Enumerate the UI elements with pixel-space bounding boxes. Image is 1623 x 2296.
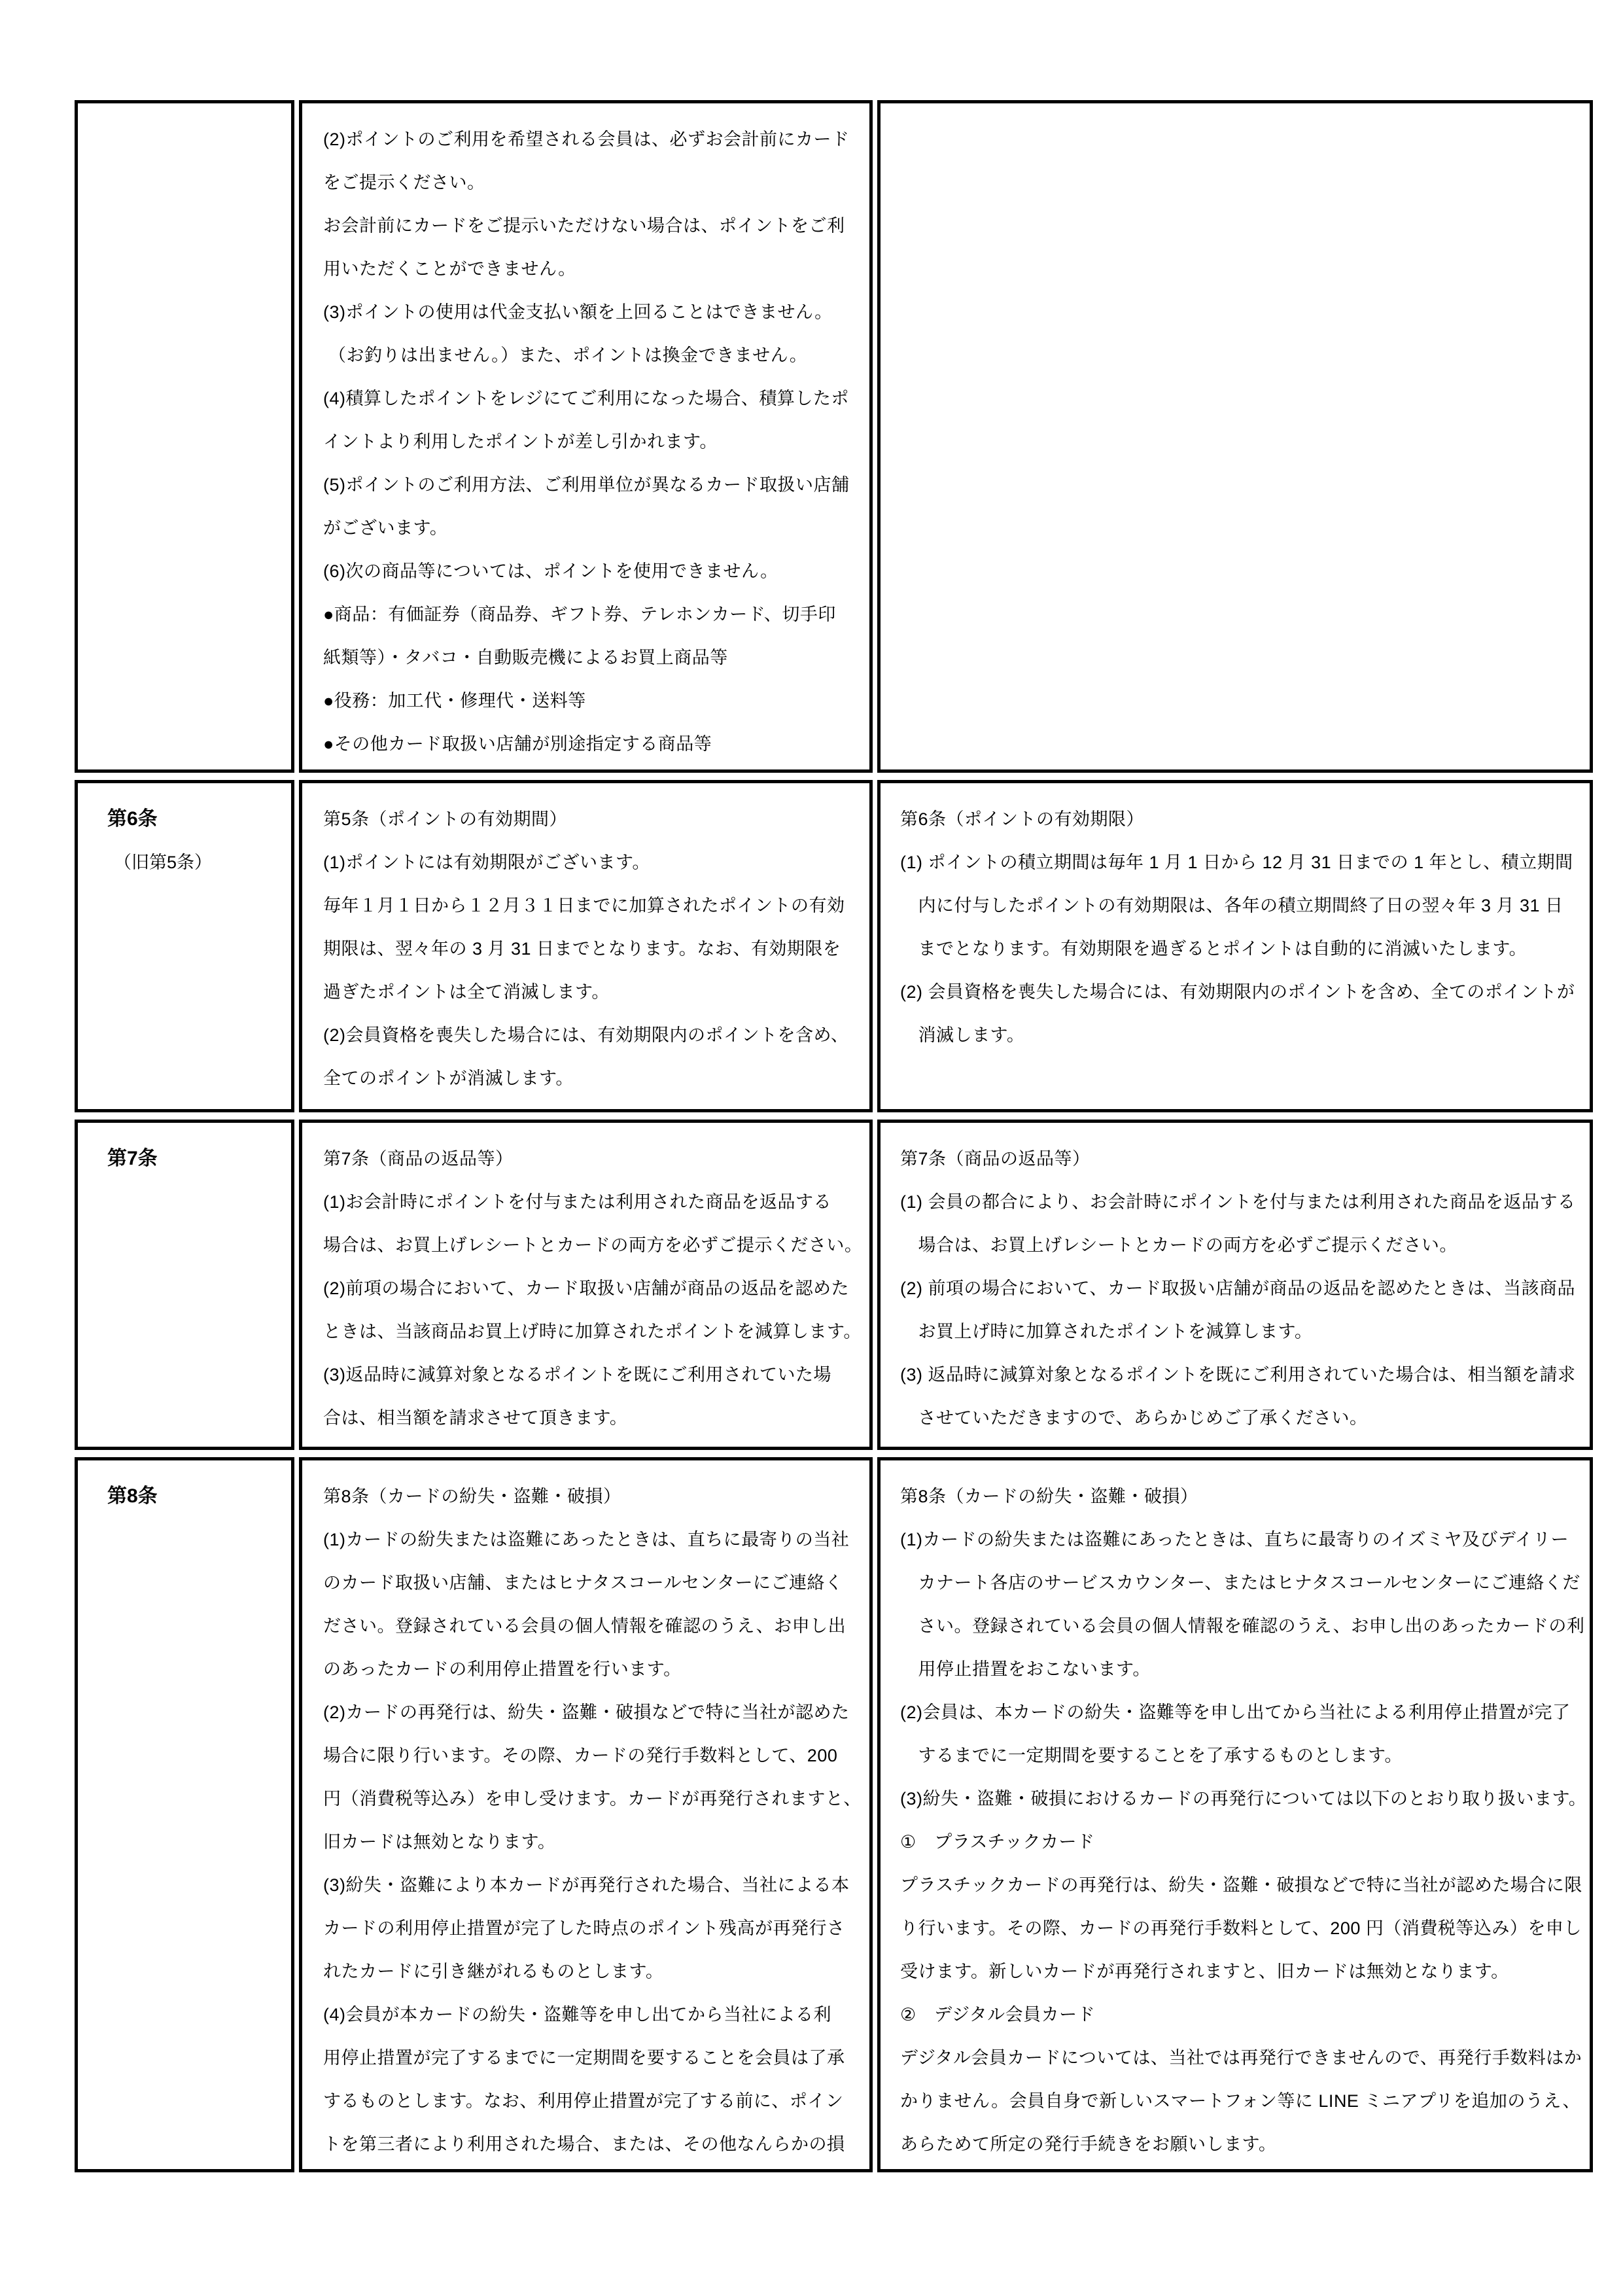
text-line: させていただきますので、あらかじめご了承ください。 xyxy=(900,1396,1584,1439)
text-line: 第8条（カードの紛失・盗難・破損） xyxy=(900,1475,1584,1518)
text-line: り行います。その際、カードの再発行手数料として、200 円（消費税等込み）を申し xyxy=(900,1907,1584,1950)
text-line: トを第三者により利用された場合、または、その他なんらかの損 xyxy=(323,2123,862,2166)
text-line: 第7条（商品の返品等） xyxy=(323,1137,862,1180)
text-line: デジタル会員カードについては、当社では再発行できませんので、再発行手数料はか xyxy=(900,2036,1584,2079)
text-line: 旧カードは無効となります。 xyxy=(323,1820,862,1863)
text-line: お買上げ時に加算されたポイントを減算します。 xyxy=(900,1310,1584,1353)
text-line: (3)返品時に減算対象となるポイントを既にご利用されていた場 xyxy=(323,1353,862,1396)
document-page: (2)ポイントのご利用を希望される会員は、必ずお会計前にカードをご提示ください。… xyxy=(0,0,1623,2296)
text-line: (3) 返品時に減算対象となるポイントを既にご利用されていた場合は、相当額を請求 xyxy=(900,1353,1584,1396)
text-line: (3)紛失・盗難・破損におけるカードの再発行については以下のとおり取り扱います。 xyxy=(900,1777,1584,1820)
old-terms-cell: (2)ポイントのご利用を希望される会員は、必ずお会計前にカードをご提示ください。… xyxy=(299,100,873,773)
text-line: 用いただくことができません。 xyxy=(323,247,862,291)
text-line: をご提示ください。 xyxy=(323,161,862,204)
text-line: (4)会員が本カードの紛失・盗難等を申し出てから当社による利 xyxy=(323,1993,862,2036)
text-line: 第8条（カードの紛失・盗難・破損） xyxy=(323,1475,862,1518)
text-line: (5)ポイントのご利用方法、ご利用単位が異なるカード取扱い店舗 xyxy=(323,463,862,506)
text-line: （お釣りは出ません。）また、ポイントは換金できません。 xyxy=(323,334,862,377)
text-line: (2) 会員資格を喪失した場合には、有効期限内のポイントを含め、全てのポイントが xyxy=(900,970,1584,1014)
text-line: (3)ポイントの使用は代金支払い額を上回ることはできません。 xyxy=(323,291,862,334)
text-line: 内に付与したポイントの有効期限は、各年の積立期間終了日の翌々年 3 月 31 日 xyxy=(900,884,1584,927)
text-line: (2)前項の場合において、カード取扱い店舗が商品の返品を認めた xyxy=(323,1267,862,1310)
text-line: するまでに一定期間を要することを了承するものとします。 xyxy=(900,1734,1584,1777)
text-line: ださい。登録されている会員の個人情報を確認のうえ、お申し出 xyxy=(323,1604,862,1648)
text-line: れたカードに引き継がれるものとします。 xyxy=(323,1950,862,1993)
new-terms-cell: 第8条（カードの紛失・盗難・破損）(1)カードの紛失または盗難にあったときは、直… xyxy=(877,1457,1593,2172)
terms-comparison-table: (2)ポイントのご利用を希望される会員は、必ずお会計前にカードをご提示ください。… xyxy=(75,100,1593,2172)
article-number-cell: 第6条 （旧第5条） xyxy=(75,780,294,1112)
text-line: (1) 会員の都合により、お会計時にポイントを付与または利用された商品を返品する xyxy=(900,1180,1584,1224)
text-line: 紙類等）・タバコ・自動販売機によるお買上商品等 xyxy=(323,636,862,679)
text-line: (1)お会計時にポイントを付与または利用された商品を返品する xyxy=(323,1180,862,1224)
text-line: 場合は、お買上げレシートとカードの両方を必ずご提示ください。 xyxy=(900,1224,1584,1267)
text-line: (6)次の商品等については、ポイントを使用できません。 xyxy=(323,550,862,593)
text-line: カードの利用停止措置が完了した時点のポイント残高が再発行さ xyxy=(323,1907,862,1950)
text-line: ●役務：加工代・修理代・送料等 xyxy=(323,679,862,722)
text-line: するものとします。なお、利用停止措置が完了する前に、ポイン xyxy=(323,2079,862,2123)
text-line: (2)会員は、本カードの紛失・盗難等を申し出てから当社による利用停止措置が完了 xyxy=(900,1691,1584,1734)
text-line: あらためて所定の発行手続きをお願いします。 xyxy=(900,2123,1584,2166)
text-line: (2)カードの再発行は、紛失・盗難・破損などで特に当社が認めた xyxy=(323,1691,862,1734)
text-line: 用停止措置をおこないます。 xyxy=(900,1648,1584,1691)
text-line: (1)カードの紛失または盗難にあったときは、直ちに最寄りのイズミヤ及びデイリー xyxy=(900,1518,1584,1561)
text-line: 用停止措置が完了するまでに一定期間を要することを会員は了承 xyxy=(323,2036,862,2079)
new-terms-cell xyxy=(877,100,1593,773)
old-terms-cell: 第8条（カードの紛失・盗難・破損）(1)カードの紛失または盗難にあったときは、直… xyxy=(299,1457,873,2172)
text-line: (2) 前項の場合において、カード取扱い店舗が商品の返品を認めたときは、当該商品 xyxy=(900,1267,1584,1310)
text-line: のあったカードの利用停止措置を行います。 xyxy=(323,1648,862,1691)
text-line: ① プラスチックカード xyxy=(900,1820,1584,1863)
old-terms-cell: 第5条（ポイントの有効期間）(1)ポイントには有効期限がございます。毎年１月１日… xyxy=(299,780,873,1112)
text-line: かりません。会員自身で新しいスマートフォン等に LINE ミニアプリを追加のうえ… xyxy=(900,2079,1584,2123)
text-line: のカード取扱い店舗、またはヒナタスコールセンターにご連絡く xyxy=(323,1561,862,1604)
text-line: (1)カードの紛失または盗難にあったときは、直ちに最寄りの当社 xyxy=(323,1518,862,1561)
text-line: さい。登録されている会員の個人情報を確認のうえ、お申し出のあったカードの利 xyxy=(900,1604,1584,1648)
text-line: (2)ポイントのご利用を希望される会員は、必ずお会計前にカード xyxy=(323,118,862,161)
text-line: 全てのポイントが消滅します。 xyxy=(323,1057,862,1100)
text-line: ② デジタル会員カード xyxy=(900,1993,1584,2036)
text-line: ときは、当該商品お買上げ時に加算されたポイントを減算します。 xyxy=(323,1310,862,1353)
article-number-cell: 第8条 xyxy=(75,1457,294,2172)
text-line: プラスチックカードの再発行は、紛失・盗難・破損などで特に当社が認めた場合に限 xyxy=(900,1863,1584,1907)
text-line: 合は、相当額を請求させて頂きます。 xyxy=(323,1396,862,1439)
text-line: 第5条（ポイントの有効期間） xyxy=(323,798,862,841)
new-terms-cell: 第6条（ポイントの有効期限）(1) ポイントの積立期間は毎年 1 月 1 日から… xyxy=(877,780,1593,1112)
old-terms-cell: 第7条（商品の返品等）(1)お会計時にポイントを付与または利用された商品を返品す… xyxy=(299,1120,873,1450)
text-line: 場合は、お買上げレシートとカードの両方を必ずご提示ください。 xyxy=(323,1224,862,1267)
article-number-cell: 第7条 xyxy=(75,1120,294,1450)
new-terms-cell: 第7条（商品の返品等）(1) 会員の都合により、お会計時にポイントを付与または利… xyxy=(877,1120,1593,1450)
text-line: (1) ポイントの積立期間は毎年 1 月 1 日から 12 月 31 日までの … xyxy=(900,841,1584,884)
text-line: 毎年１月１日から１２月３１日までに加算されたポイントの有効 xyxy=(323,884,862,927)
text-line: ●その他カード取扱い店舗が別途指定する商品等 xyxy=(323,722,862,766)
text-line: 期限は、翌々年の 3 月 31 日までとなります。なお、有効期限を xyxy=(323,927,862,970)
text-line: 円（消費税等込み）を申し受けます。カードが再発行されますと、 xyxy=(323,1777,862,1820)
text-line: 第6条（ポイントの有効期限） xyxy=(900,798,1584,841)
article-number-old-ref: （旧第5条） xyxy=(107,841,285,884)
text-line: (2)会員資格を喪失した場合には、有効期限内のポイントを含め、 xyxy=(323,1014,862,1057)
text-line: 場合に限り行います。その際、カードの発行手数料として、200 xyxy=(323,1734,862,1777)
text-line: イントより利用したポイントが差し引かれます。 xyxy=(323,420,862,463)
text-line: ●商品：有価証券（商品券、ギフト券、テレホンカード、切手印 xyxy=(323,593,862,636)
text-line: 受けます。新しいカードが再発行されますと、旧カードは無効となります。 xyxy=(900,1950,1584,1993)
article-number: 第6条 xyxy=(107,798,285,841)
text-line: 第7条（商品の返品等） xyxy=(900,1137,1584,1180)
text-line: カナート各店のサービスカウンター、またはヒナタスコールセンターにご連絡くだ xyxy=(900,1561,1584,1604)
text-line: お会計前にカードをご提示いただけない場合は、ポイントをご利 xyxy=(323,204,862,247)
text-line: (3)紛失・盗難により本カードが再発行された場合、当社による本 xyxy=(323,1863,862,1907)
text-line: (4)積算したポイントをレジにてご利用になった場合、積算したポ xyxy=(323,377,862,420)
article-number: 第8条 xyxy=(107,1475,285,1518)
article-number: 第7条 xyxy=(107,1137,285,1180)
article-number-cell xyxy=(75,100,294,773)
text-line: 消滅します。 xyxy=(900,1014,1584,1057)
text-line: までとなります。有効期限を過ぎるとポイントは自動的に消滅いたします。 xyxy=(900,927,1584,970)
text-line: (1)ポイントには有効期限がございます。 xyxy=(323,841,862,884)
text-line: 過ぎたポイントは全て消滅します。 xyxy=(323,970,862,1014)
text-line: がございます。 xyxy=(323,506,862,550)
